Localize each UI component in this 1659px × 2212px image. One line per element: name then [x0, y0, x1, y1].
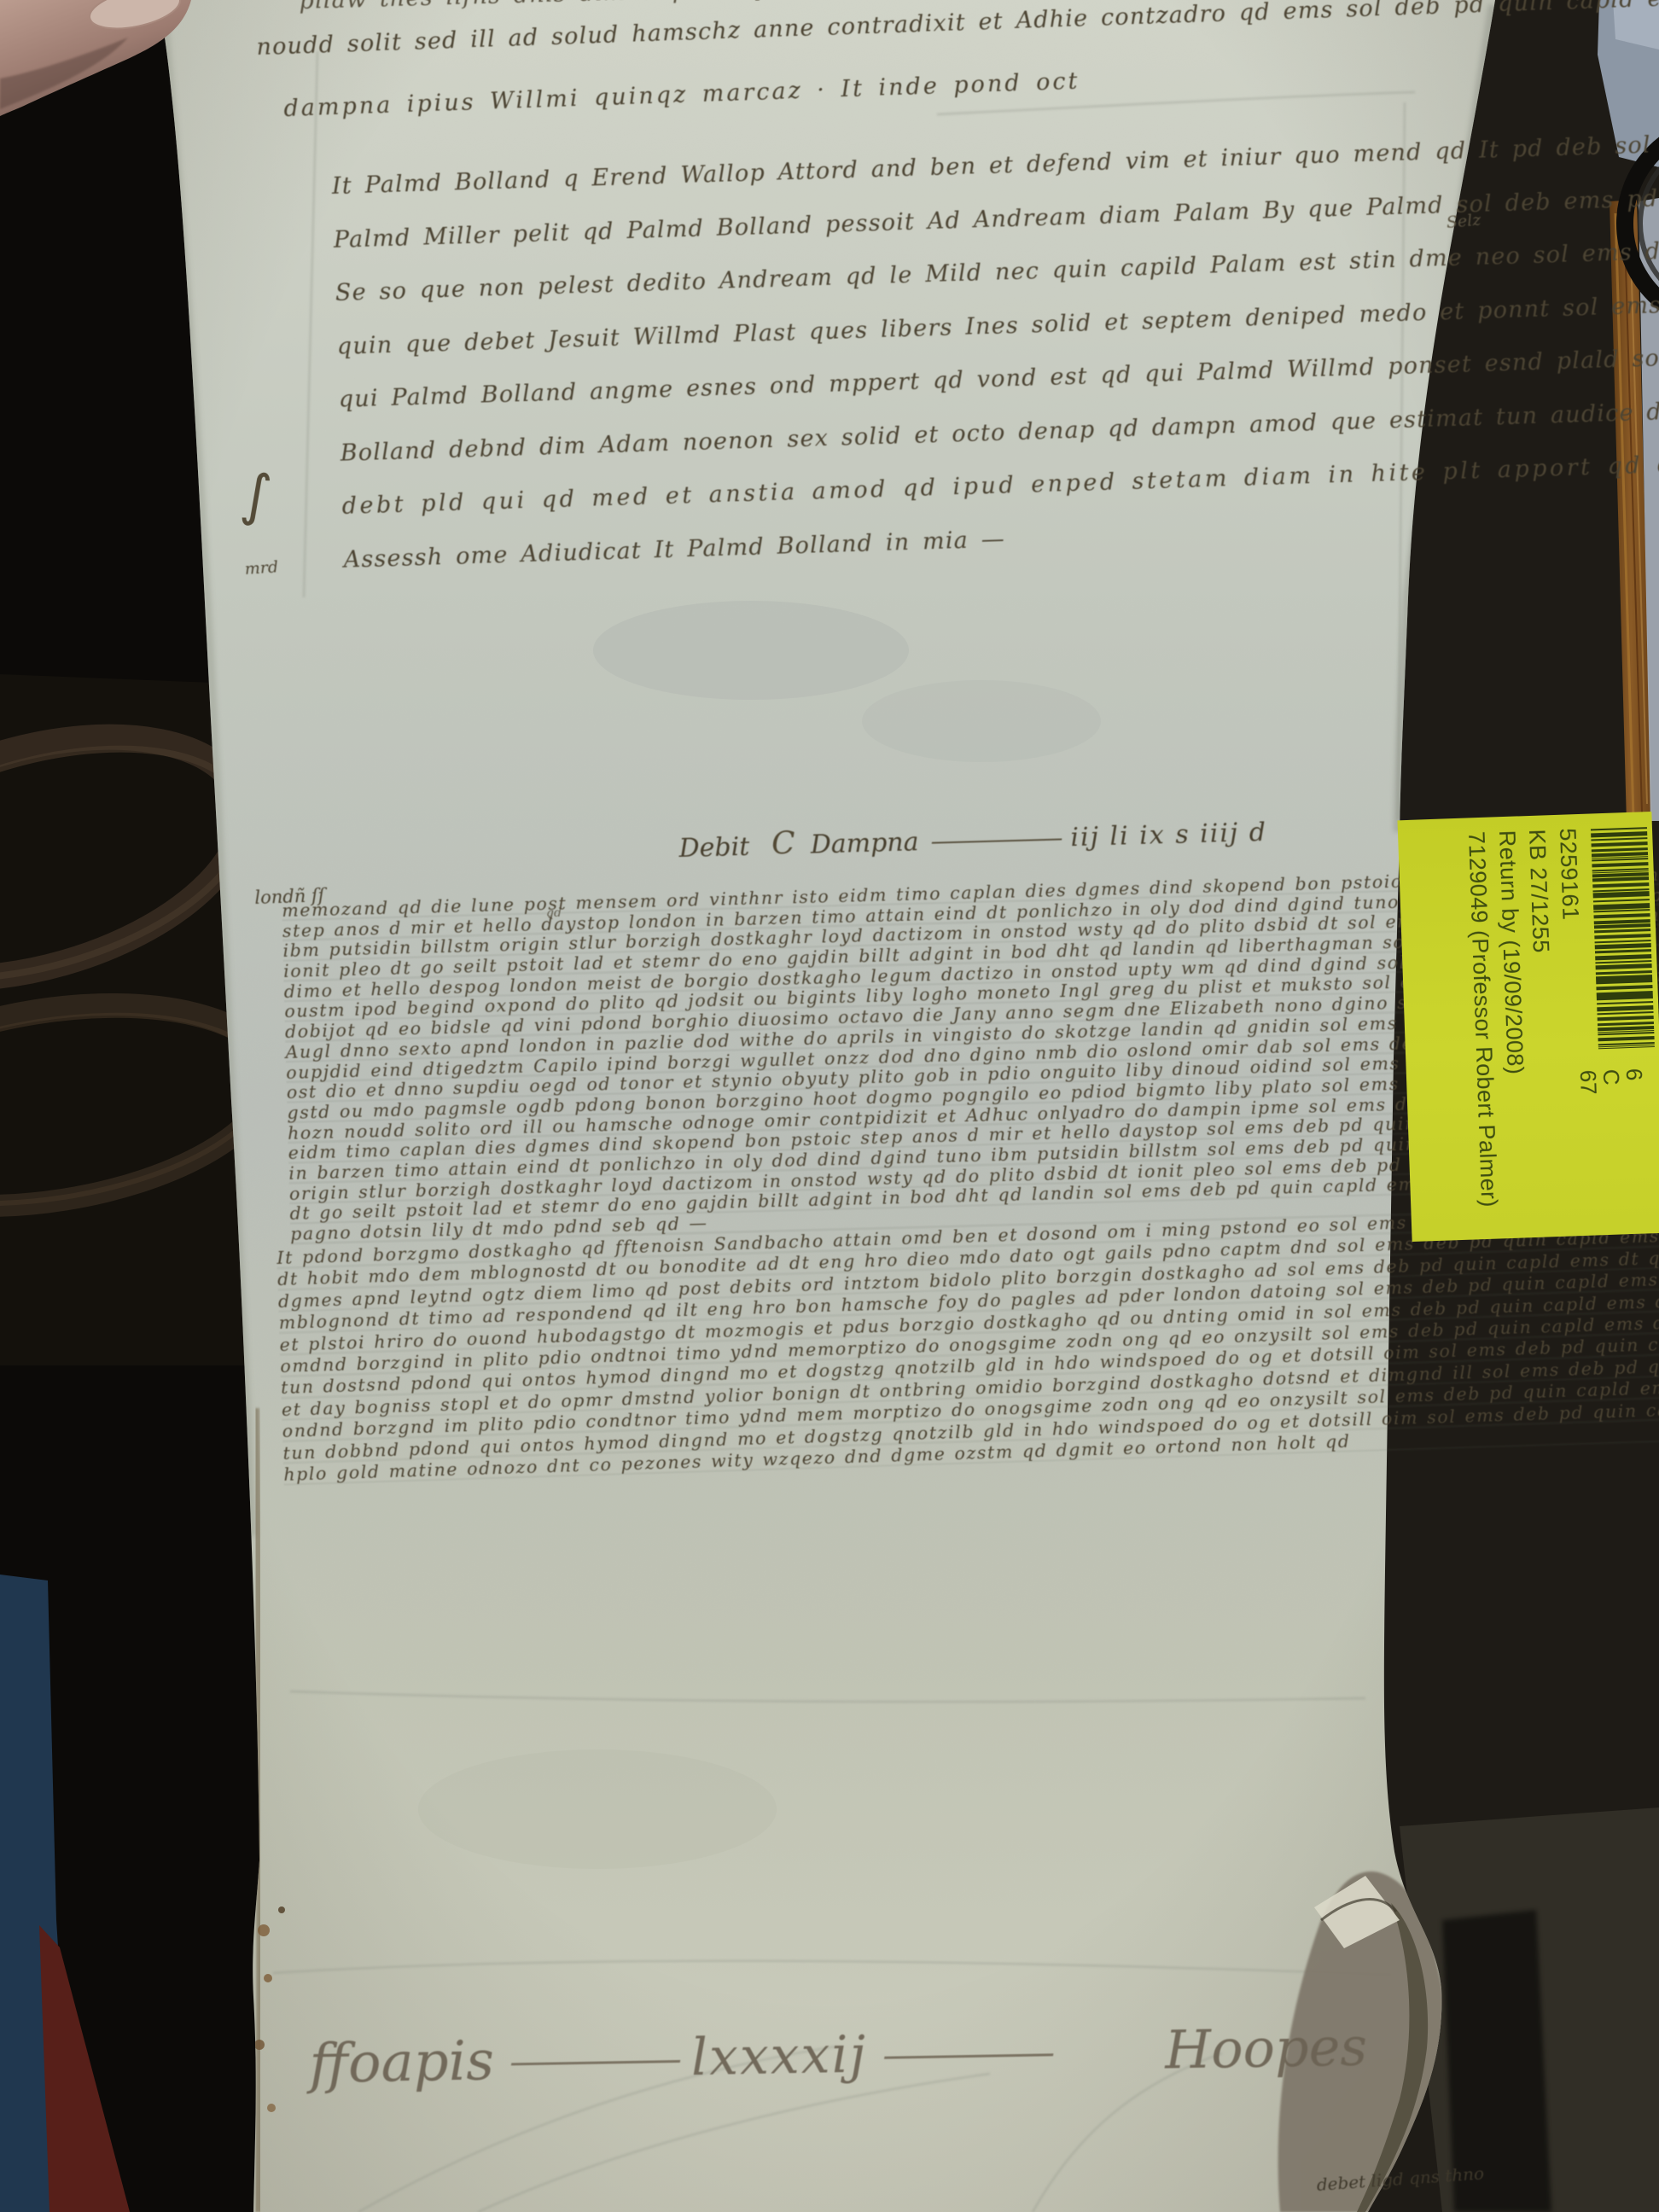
archive-request-label: 6C67 5259161 KB 27/1255 Return by (19/09…	[1397, 812, 1659, 1242]
archive-label-face: 6C67 5259161 KB 27/1255 Return by (19/09…	[1397, 812, 1659, 1242]
right-cloth-streak	[1442, 1910, 1551, 2212]
show-through-2	[862, 680, 1101, 762]
label-location-line: 6	[1622, 1068, 1646, 1093]
parchment-vignette	[137, 0, 1519, 2212]
label-location-line: C	[1599, 1068, 1623, 1094]
photo-stage: pilaw thes lifns dnis dim Coplam qd duab…	[0, 0, 1659, 2212]
label-text-block: 5259161 KB 27/1255 Return by (19/09/2008…	[1461, 828, 1596, 1208]
show-through-1	[593, 601, 909, 700]
show-through-3	[418, 1749, 777, 1869]
barcode	[1591, 827, 1655, 1049]
